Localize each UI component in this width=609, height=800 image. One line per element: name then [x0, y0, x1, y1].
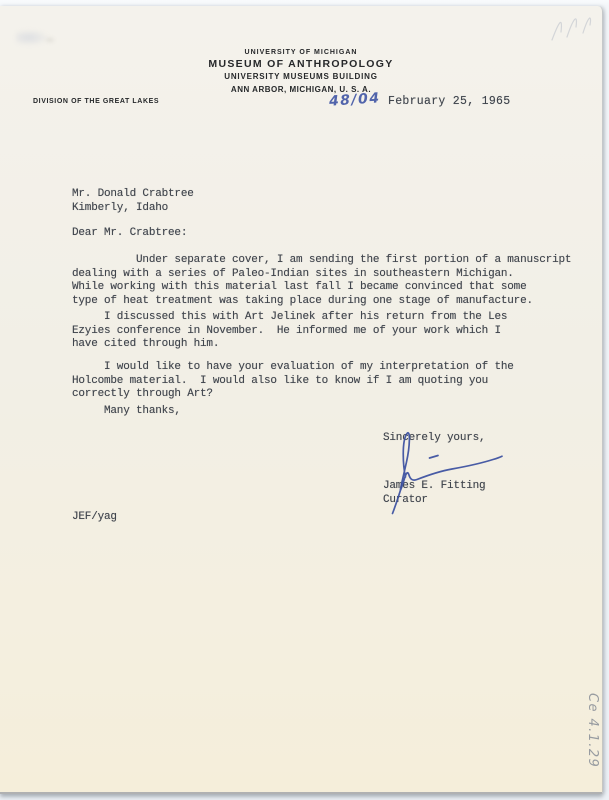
- letterhead-city: ANN ARBOR, MICHIGAN, U. S. A.: [0, 85, 602, 94]
- letterhead-museum: MUSEUM OF ANTHROPOLOGY: [0, 58, 602, 70]
- recipient-address: Mr. Donald Crabtree Kimberly, Idaho: [72, 188, 194, 215]
- closing-thanks: Many thanks,: [72, 405, 181, 419]
- signer-name-title: James E. Fitting Curator: [383, 480, 485, 507]
- body-paragraph: I discussed this with Art Jelinek after …: [72, 311, 507, 352]
- body-paragraph: Under separate cover, I am sending the f…: [72, 254, 571, 308]
- pencil-smudge: [44, 36, 56, 44]
- typist-initials: JEF/yag: [72, 511, 117, 525]
- handwritten-ink-number: 48/04: [329, 90, 382, 110]
- scanned-letter-page: UNIVERSITY OF MICHIGAN MUSEUM OF ANTHROP…: [0, 0, 609, 800]
- letterhead-institution: UNIVERSITY OF MICHIGAN: [0, 49, 602, 56]
- closing-formal: Sincerely yours,: [383, 432, 485, 446]
- pencil-scribble-icon: [552, 18, 591, 40]
- salutation: Dear Mr. Crabtree:: [72, 227, 187, 241]
- letter-date: February 25, 1965: [388, 95, 510, 109]
- margin-catalog-note: Ce 4.1.29: [585, 693, 600, 768]
- letterhead-division: DIVISION OF THE GREAT LAKES: [33, 98, 159, 105]
- body-paragraph: I would like to have your evaluation of …: [72, 361, 514, 402]
- letter-paper: UNIVERSITY OF MICHIGAN MUSEUM OF ANTHROP…: [0, 6, 603, 794]
- letterhead-building: UNIVERSITY MUSEUMS BUILDING: [0, 72, 602, 81]
